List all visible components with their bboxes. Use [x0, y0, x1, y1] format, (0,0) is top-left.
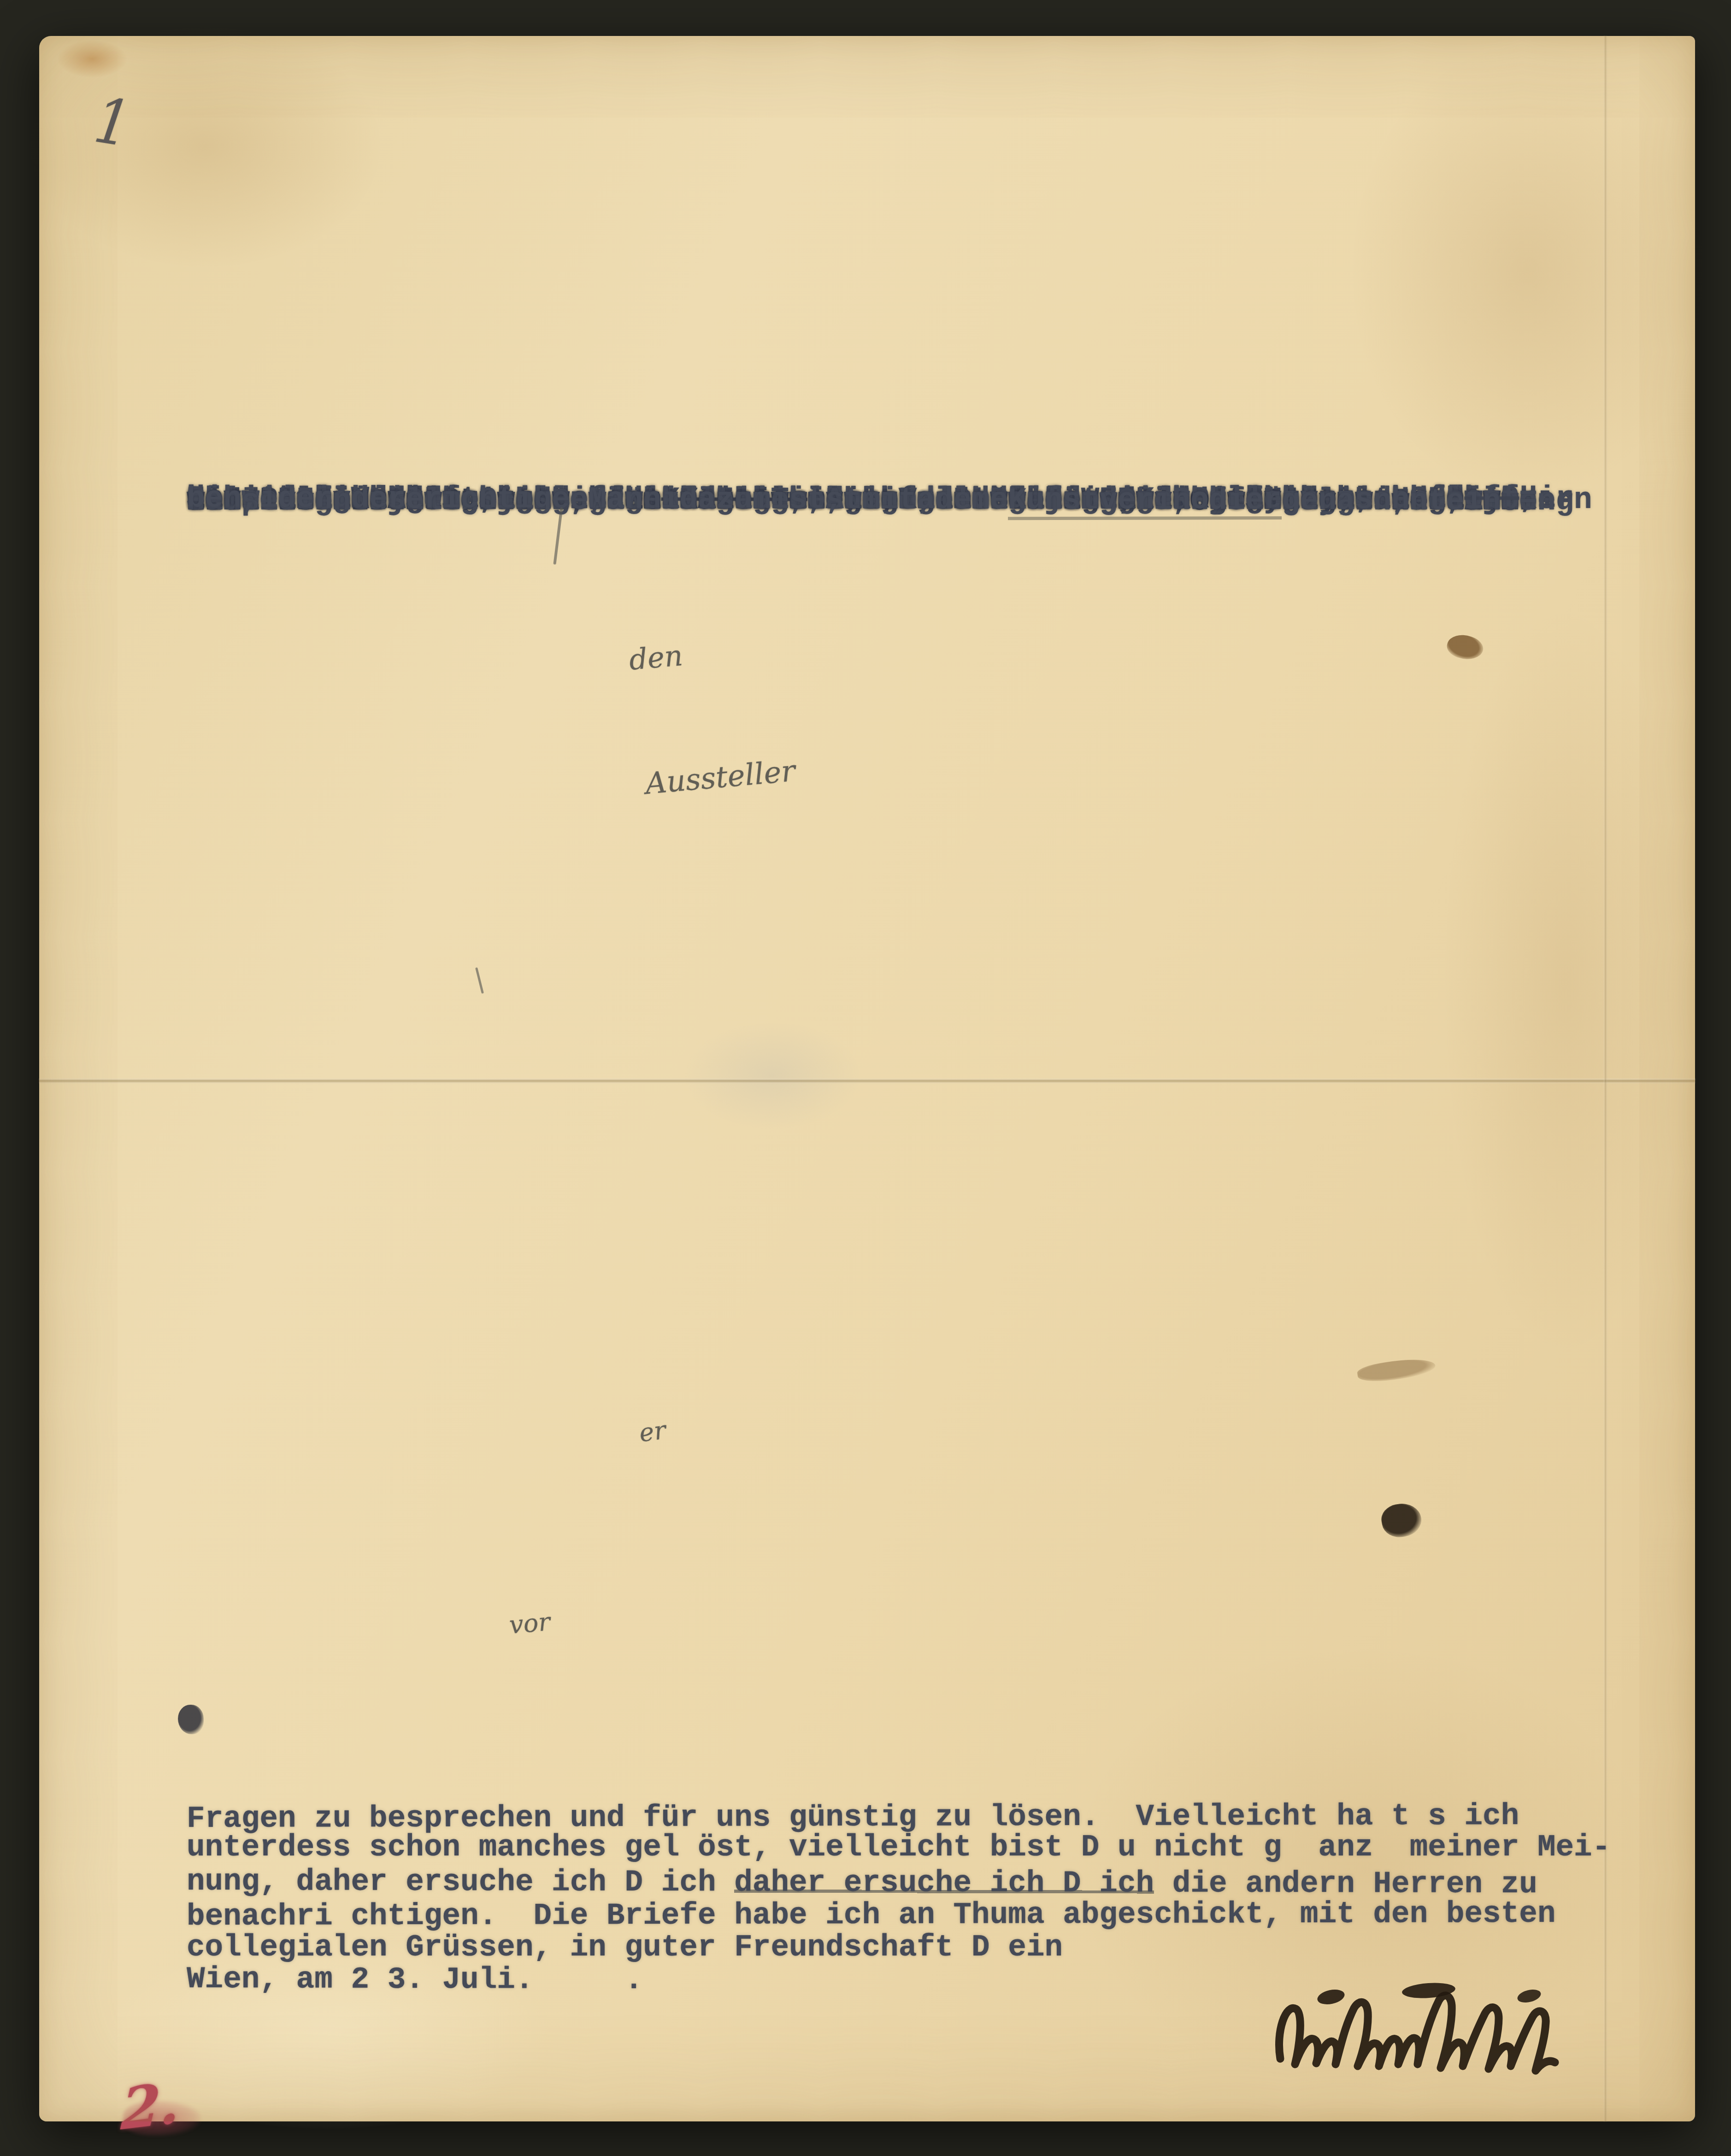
- pencil-stroke: [475, 967, 484, 993]
- fold-crease-vertical: [1604, 36, 1607, 2121]
- signature-ink-blob: [1316, 1987, 1346, 2007]
- signature-ink-blob: [1516, 1987, 1543, 2005]
- typed-line: ben, der der richtige Mann dazu ist, mit…: [187, 478, 1501, 522]
- paper-stain: [684, 1022, 860, 1128]
- paper-stain: [1445, 612, 1684, 1350]
- red-page-number: 2.: [120, 2068, 182, 2143]
- typed-line: Wien, am 2 3. Juli. .: [187, 1959, 643, 2001]
- pencil-annotation-vor: vor: [508, 1607, 551, 1640]
- pencil-annotation-erfahren: er: [637, 1415, 668, 1447]
- typed-text: =: [1519, 481, 1537, 516]
- paper-sheet: 1 und ersuche ich D ich, falls D ir mein…: [39, 36, 1695, 2121]
- typed-text: Wien, am 2 3. Juli. .: [187, 1962, 643, 1997]
- pencil-annotation-den: den: [628, 638, 684, 677]
- ink-blot: [1356, 1355, 1437, 1384]
- paper-stain: [1353, 45, 1703, 497]
- scanned-document-screenshot: { "page": { "pencil_page_number": "1", "…: [0, 0, 1731, 2156]
- pencil-annotation-aussteller: Aussteller: [644, 754, 796, 801]
- signature-stroke: [1279, 1996, 1555, 2071]
- typed-text: unterdess schon manches gel öst, viellei…: [187, 1830, 1610, 1865]
- paper-stain: [58, 41, 127, 77]
- typed-text: nung, daher ersuche ich D ich: [187, 1864, 734, 1900]
- pencil-page-number: 1: [90, 83, 135, 161]
- ink-blot: [1379, 1500, 1424, 1540]
- ink-blot: [1444, 630, 1486, 664]
- signature: [1272, 1980, 1576, 2091]
- typed-text: ben, der der richtige Mann dazu ist, mit…: [187, 481, 1501, 519]
- fold-crease-horizontal: [39, 1079, 1695, 1083]
- paper-stain: [30, 27, 380, 266]
- ink-blot: [178, 1705, 204, 1734]
